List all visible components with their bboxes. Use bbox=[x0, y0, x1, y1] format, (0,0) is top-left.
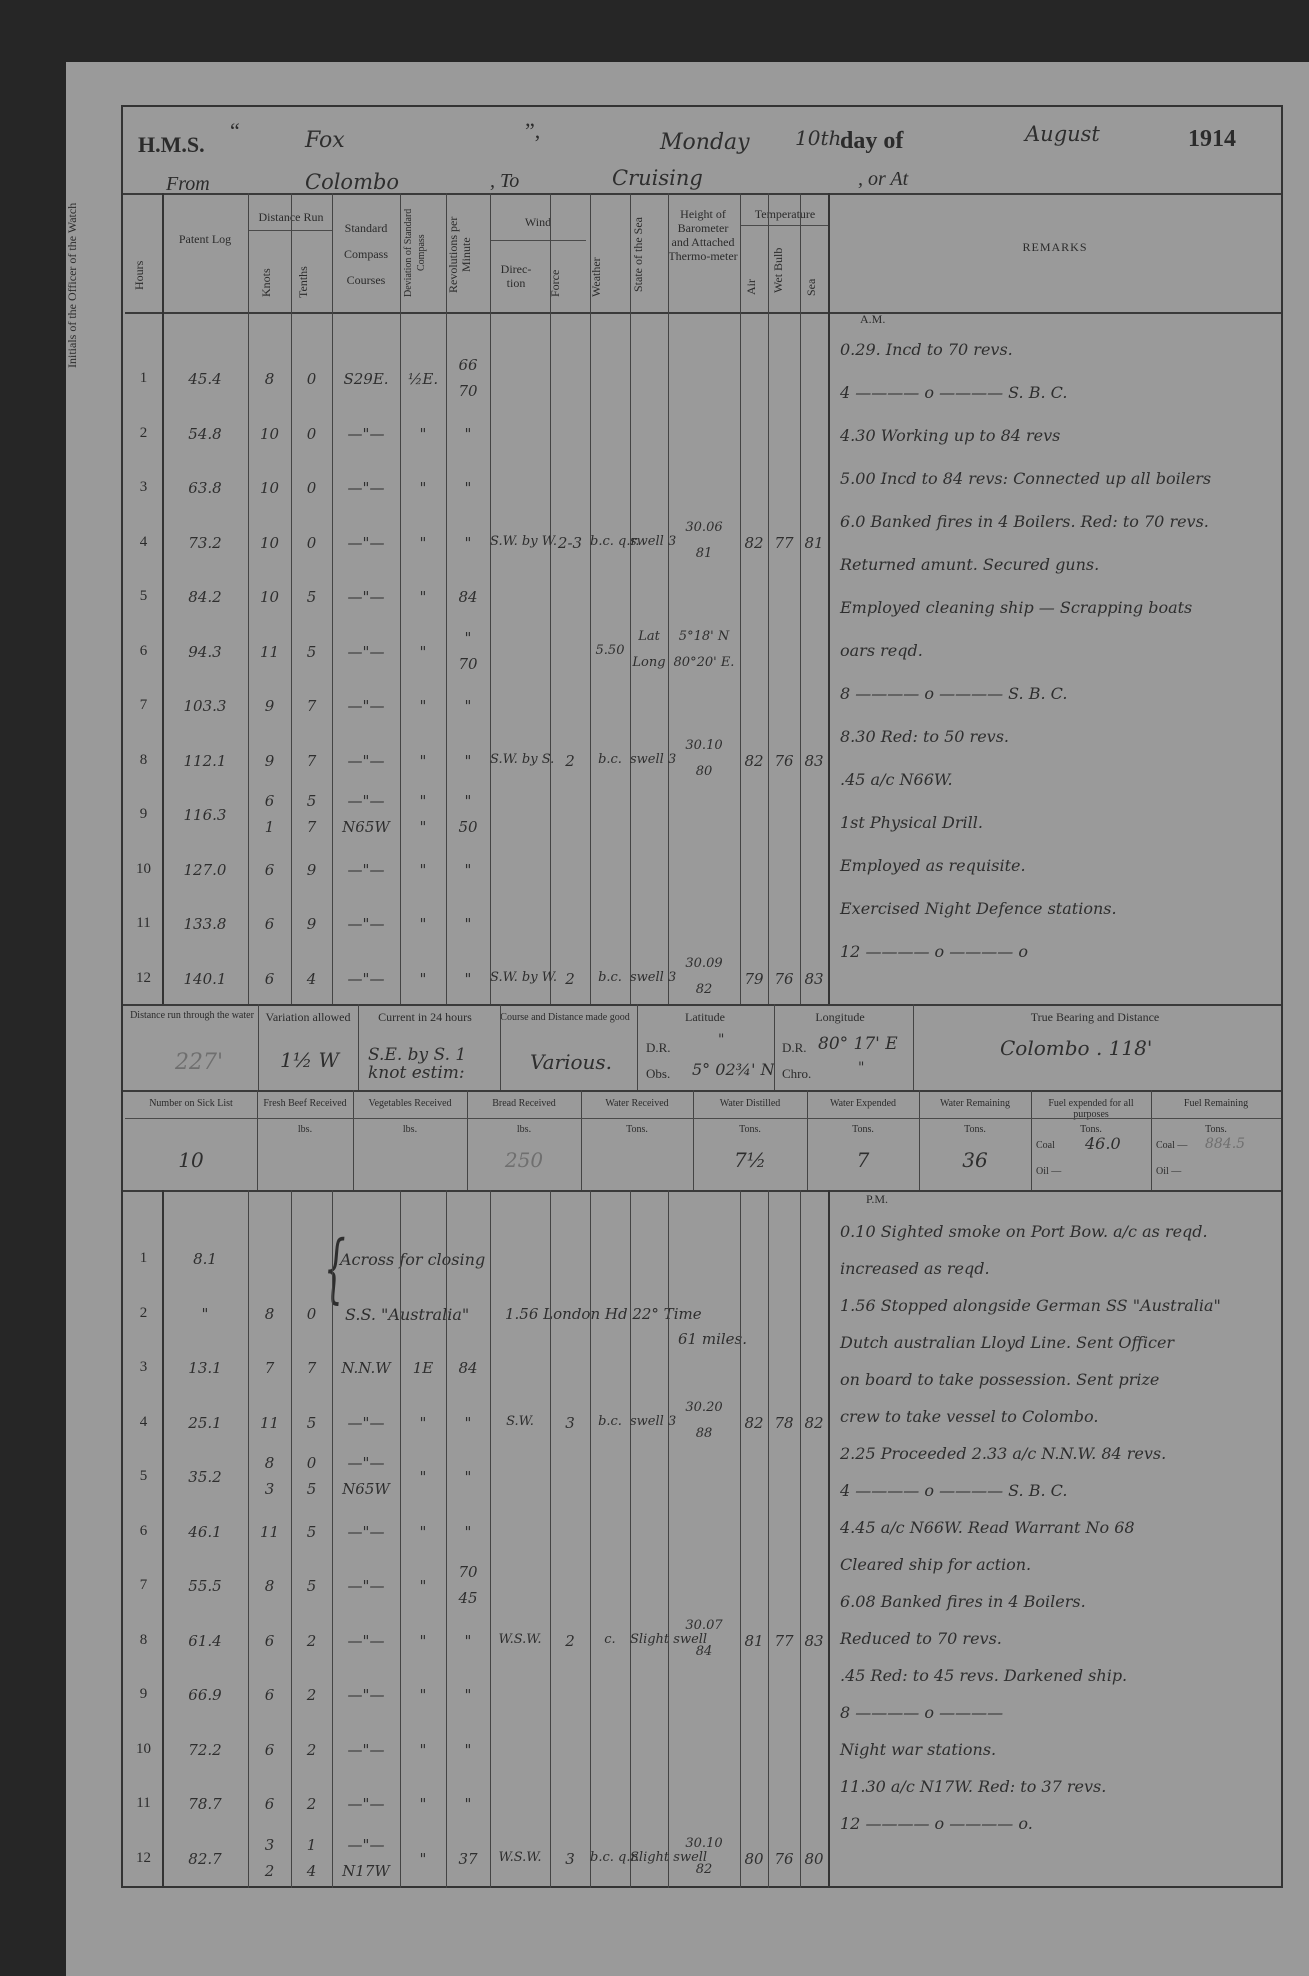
pm-cell-knots: 6 bbox=[248, 1741, 291, 1759]
column-divider bbox=[630, 193, 631, 1004]
am-remark-line: 6.0 Banked fires in 4 Boilers. Red: to 7… bbox=[840, 512, 1209, 531]
longitude-label: Longitude bbox=[775, 1012, 905, 1023]
am-cell-knots: 1 bbox=[248, 818, 291, 836]
summary-divider bbox=[500, 1004, 501, 1090]
am-cell-course: —"— bbox=[332, 792, 400, 810]
am-cell-revs: " bbox=[446, 752, 490, 770]
summary-bottom-rule bbox=[123, 1090, 1281, 1092]
pm-cell-course: —"— bbox=[332, 1523, 400, 1541]
pm-cell-dev: " bbox=[400, 1795, 446, 1813]
pm-remark-line: on board to take possession. Sent prize bbox=[840, 1370, 1159, 1389]
am-cell-tenths: 5 bbox=[291, 588, 332, 606]
pm-remark-line: 12 ———— o ———— o. bbox=[840, 1814, 1033, 1833]
lat-obs-value: 5° 02¾' N bbox=[692, 1060, 775, 1079]
course-made-good-label: Course and Distance made good bbox=[500, 1012, 630, 1023]
header-subrule bbox=[740, 225, 830, 226]
pm-remark-line: Cleared ship for action. bbox=[840, 1555, 1031, 1574]
lat-dr-label: D.R. bbox=[646, 1040, 671, 1056]
pm-cell-knots: 2 bbox=[248, 1862, 291, 1880]
pm-cell-wind_dir: S.W. bbox=[490, 1414, 550, 1429]
am-cell-knots: 10 bbox=[248, 479, 291, 497]
am-cell-dev: " bbox=[400, 792, 446, 810]
long-dr-label: D.R. bbox=[782, 1040, 807, 1056]
pm-remark-line: increased as reqd. bbox=[840, 1259, 990, 1278]
am-cell-course: —"— bbox=[332, 479, 400, 497]
am-cell-tenths: 5 bbox=[291, 792, 332, 810]
am-cell-revs: 50 bbox=[446, 818, 490, 836]
pm-cell-dev: " bbox=[400, 1686, 446, 1704]
pm-cell-air: 81 bbox=[740, 1632, 768, 1650]
fuel-remaining-coal-value: 884.5 bbox=[1205, 1136, 1245, 1152]
pm-cell-course: —"— bbox=[332, 1741, 400, 1759]
pm-cell-hour: 5 bbox=[125, 1468, 162, 1485]
am-cell-course: —"— bbox=[332, 915, 400, 933]
am-cell-knots: 11 bbox=[248, 643, 291, 661]
bracket-note-4: 61 miles. bbox=[678, 1330, 747, 1348]
pm-remark-line: 4 ———— o ———— S. B. C. bbox=[840, 1481, 1067, 1500]
pm-cell-knots: 8 bbox=[248, 1454, 291, 1472]
column-divider bbox=[768, 1190, 769, 1888]
pm-cell-dev: " bbox=[400, 1577, 446, 1595]
am-remark-line: 4 ———— o ———— S. B. C. bbox=[840, 383, 1067, 402]
am-cell-baro: 30.10 bbox=[668, 738, 740, 753]
true-bearing-label: True Bearing and Distance bbox=[915, 1012, 1275, 1023]
latitude-label: Latitude bbox=[640, 1012, 770, 1023]
column-divider bbox=[590, 1190, 591, 1888]
long-dr-value: 80° 17' E bbox=[818, 1034, 898, 1054]
water-distilled-unit: Tons. bbox=[693, 1124, 807, 1135]
am-remark-line: Returned amunt. Secured guns. bbox=[840, 555, 1099, 574]
col-standard-compass: Standard Compass Courses bbox=[334, 215, 398, 293]
pm-cell-wind_dir: W.S.W. bbox=[490, 1850, 550, 1865]
pm-cell-wet: 76 bbox=[768, 1850, 800, 1868]
am-cell-sea_t: 83 bbox=[800, 970, 828, 988]
am-bottom-rule bbox=[123, 1004, 1281, 1006]
open-quote: “ bbox=[230, 118, 240, 144]
column-divider bbox=[630, 1190, 631, 1888]
pm-cell-hour: 3 bbox=[125, 1359, 162, 1376]
am-cell-revs: " bbox=[446, 629, 490, 647]
fuel-expended-coal-value: 46.0 bbox=[1085, 1134, 1121, 1153]
am-cell-wind_dir: S.W. by W. bbox=[490, 970, 550, 985]
am-remark-line: Exercised Night Defence stations. bbox=[840, 899, 1117, 918]
pm-cell-wind_dir: W.S.W. bbox=[490, 1632, 550, 1647]
am-cell-tenths: 0 bbox=[291, 534, 332, 552]
am-cell-course: —"— bbox=[332, 861, 400, 879]
pm-cell-dev: " bbox=[400, 1468, 446, 1486]
am-cell-dev: " bbox=[400, 818, 446, 836]
am-cell-log: 140.1 bbox=[162, 970, 248, 988]
vegetables-label: Vegetables Received bbox=[353, 1098, 467, 1109]
col-knots: Knots bbox=[260, 260, 273, 305]
am-cell-course: —"— bbox=[332, 588, 400, 606]
am-cell-log: 63.8 bbox=[162, 479, 248, 497]
pm-cell-weather: b.c. bbox=[590, 1414, 630, 1429]
pm-cell-revs: 45 bbox=[446, 1589, 490, 1607]
pm-cell-tenths: 1 bbox=[291, 1836, 332, 1854]
am-cell-air: 82 bbox=[740, 752, 768, 770]
column-divider bbox=[828, 193, 830, 1004]
column-divider bbox=[740, 1190, 741, 1888]
water-received-label: Water Received bbox=[581, 1098, 693, 1109]
am-cell-dev: " bbox=[400, 752, 446, 770]
column-divider bbox=[668, 193, 669, 1004]
col-temperature: Temperature bbox=[740, 207, 830, 221]
course-made-good-value: Various. bbox=[530, 1050, 612, 1074]
water-expended-unit: Tons. bbox=[807, 1124, 919, 1135]
am-cell-knots: 6 bbox=[248, 970, 291, 988]
header-rule bbox=[123, 193, 1281, 195]
am-cell-hour: 1 bbox=[125, 370, 162, 387]
pm-remark-line: 0.10 Sighted smoke on Port Bow. a/c as r… bbox=[840, 1222, 1208, 1241]
stores-bottom-rule bbox=[123, 1190, 1281, 1192]
am-cell-log: 94.3 bbox=[162, 643, 248, 661]
column-divider bbox=[550, 1190, 551, 1888]
am-cell-baro: 5°18' N bbox=[668, 629, 740, 644]
am-cell-log: 133.8 bbox=[162, 915, 248, 933]
bread-unit: lbs. bbox=[467, 1124, 581, 1135]
pm-remark-line: .45 Red: to 45 revs. Darkened ship. bbox=[840, 1666, 1127, 1685]
pm-cell-hour: 11 bbox=[125, 1795, 162, 1812]
pm-cell-revs: " bbox=[446, 1523, 490, 1541]
pm-cell-revs: 70 bbox=[446, 1563, 490, 1581]
hms-label: H.M.S. bbox=[138, 132, 205, 158]
pm-remark-line: 1.56 Stopped alongside German SS "Austra… bbox=[840, 1296, 1221, 1315]
bracket-note-2: S.S. "Australia" bbox=[345, 1305, 469, 1324]
pm-cell-log: " bbox=[162, 1305, 248, 1323]
am-cell-force: 2 bbox=[550, 970, 590, 988]
am-cell-sea: swell 3 bbox=[630, 534, 668, 549]
variation-label: Variation allowed bbox=[258, 1012, 358, 1023]
pm-cell-hour: 2 bbox=[125, 1305, 162, 1322]
am-cell-knots: 8 bbox=[248, 370, 291, 388]
bracket-note-1: Across for closing bbox=[340, 1250, 485, 1269]
pm-cell-wet: 77 bbox=[768, 1632, 800, 1650]
pm-cell-dev: " bbox=[400, 1632, 446, 1650]
am-remark-line: 8.30 Red: to 50 revs. bbox=[840, 727, 1009, 746]
column-divider bbox=[768, 193, 769, 1004]
pm-cell-wet: 78 bbox=[768, 1414, 800, 1432]
long-chro-value: " bbox=[858, 1060, 864, 1076]
am-cell-hour: 12 bbox=[125, 970, 162, 987]
pm-cell-sea: Slight swell bbox=[630, 1850, 668, 1865]
am-cell-knots: 10 bbox=[248, 588, 291, 606]
fuel-expended-label: Fuel expended for all purposes bbox=[1031, 1098, 1151, 1120]
am-cell-hour: 6 bbox=[125, 643, 162, 660]
pm-cell-tenths: 4 bbox=[291, 1862, 332, 1880]
am-remark-line: oars reqd. bbox=[840, 641, 923, 660]
am-cell-wind_dir: S.W. by W. bbox=[490, 534, 550, 549]
sick-list-label: Number on Sick List bbox=[125, 1098, 257, 1109]
pm-cell-log: 35.2 bbox=[162, 1468, 248, 1486]
true-bearing-value: Colombo . 118' bbox=[1000, 1036, 1152, 1060]
pm-cell-course: —"— bbox=[332, 1795, 400, 1813]
pm-cell-course: —"— bbox=[332, 1632, 400, 1650]
pm-cell-revs: 37 bbox=[446, 1850, 490, 1868]
am-cell-log: 116.3 bbox=[162, 806, 248, 824]
am-cell-course: —"— bbox=[332, 425, 400, 443]
pm-cell-tenths: 2 bbox=[291, 1741, 332, 1759]
pm-cell-baro: 30.10 bbox=[668, 1836, 740, 1851]
pm-cell-hour: 8 bbox=[125, 1632, 162, 1649]
am-remark-line: Employed cleaning ship — Scrapping boats bbox=[840, 598, 1192, 617]
pm-cell-revs: " bbox=[446, 1414, 490, 1432]
pm-cell-baro: 30.20 bbox=[668, 1400, 740, 1415]
am-cell-sea_t: 83 bbox=[800, 752, 828, 770]
am-cell-sea: swell 3 bbox=[630, 752, 668, 767]
am-cell-dev: ½E. bbox=[400, 370, 446, 388]
close-quote: ”, bbox=[525, 118, 540, 144]
am-cell-hour: 2 bbox=[125, 425, 162, 442]
stores-subrule bbox=[125, 1118, 1281, 1119]
am-cell-revs: " bbox=[446, 425, 490, 443]
am-cell-force: 2 bbox=[550, 752, 590, 770]
am-cell-hour: 7 bbox=[125, 697, 162, 714]
summary-divider bbox=[774, 1004, 775, 1090]
pm-cell-knots: 6 bbox=[248, 1795, 291, 1813]
am-cell-tenths: 9 bbox=[291, 861, 332, 879]
am-cell-knots: 10 bbox=[248, 534, 291, 552]
am-cell-sea_t: 81 bbox=[800, 534, 828, 552]
am-cell-weather: b.c. q.r. bbox=[590, 534, 630, 549]
col-barometer: Height of Barometer and Attached Thermo-… bbox=[668, 207, 738, 263]
am-cell-hour: 8 bbox=[125, 752, 162, 769]
column-divider bbox=[490, 193, 491, 1004]
pm-cell-baro: 82 bbox=[668, 1862, 740, 1877]
am-cell-course: —"— bbox=[332, 697, 400, 715]
fuel-remaining-unit: Tons. bbox=[1151, 1124, 1281, 1135]
vegetables-unit: lbs. bbox=[353, 1124, 467, 1135]
am-cell-hour: 11 bbox=[125, 915, 162, 932]
pm-cell-tenths: 0 bbox=[291, 1305, 332, 1323]
year: 1914 bbox=[1188, 126, 1236, 153]
long-chro-label: Chro. bbox=[782, 1066, 811, 1082]
bracket-icon: { bbox=[324, 1226, 346, 1314]
pm-cell-log: 55.5 bbox=[162, 1577, 248, 1595]
pm-cell-knots: 6 bbox=[248, 1686, 291, 1704]
month: August bbox=[1025, 122, 1100, 146]
am-cell-course: —"— bbox=[332, 752, 400, 770]
pm-cell-knots: 11 bbox=[248, 1523, 291, 1541]
am-cell-sea: Long bbox=[630, 655, 668, 670]
pm-cell-hour: 1 bbox=[125, 1250, 162, 1267]
pm-cell-hour: 10 bbox=[125, 1741, 162, 1758]
bread-label: Bread Received bbox=[467, 1098, 581, 1109]
column-divider bbox=[550, 193, 551, 1004]
col-air: Air bbox=[745, 272, 758, 302]
am-cell-hour: 3 bbox=[125, 479, 162, 496]
am-remark-line: 12 ———— o ———— o bbox=[840, 942, 1028, 961]
am-cell-dev: " bbox=[400, 588, 446, 606]
pm-remark-line: 11.30 a/c N17W. Red: to 37 revs. bbox=[840, 1777, 1106, 1796]
col-weather: Weather bbox=[590, 250, 603, 305]
pm-cell-knots: 3 bbox=[248, 1480, 291, 1498]
am-cell-baro: 82 bbox=[668, 982, 740, 997]
fuel-remaining-coal-label: Coal — bbox=[1156, 1140, 1187, 1151]
water-distilled-value: 7½ bbox=[693, 1148, 807, 1172]
am-cell-revs: 70 bbox=[446, 382, 490, 400]
sick-list-value: 10 bbox=[125, 1148, 257, 1172]
col-deviation: Deviation of Standard Compass bbox=[402, 203, 428, 303]
am-label: A.M. bbox=[860, 312, 885, 327]
pm-cell-sea: swell 3 bbox=[630, 1414, 668, 1429]
pm-cell-log: 8.1 bbox=[162, 1250, 248, 1268]
pm-cell-weather: b.c. q.r. bbox=[590, 1850, 630, 1865]
side-label-officer-initials: Initials of the Officer of the Watch bbox=[66, 170, 94, 400]
weekday: Monday bbox=[660, 130, 750, 155]
pm-cell-log: 46.1 bbox=[162, 1523, 248, 1541]
pm-cell-revs: " bbox=[446, 1741, 490, 1759]
pm-cell-sea_t: 82 bbox=[800, 1414, 828, 1432]
column-divider bbox=[800, 1190, 801, 1888]
pm-cell-tenths: 0 bbox=[291, 1454, 332, 1472]
am-cell-baro: 30.09 bbox=[668, 956, 740, 971]
col-wind: Wind bbox=[490, 215, 586, 229]
pm-cell-course: —"— bbox=[332, 1414, 400, 1432]
pm-remark-line: 6.08 Banked fires in 4 Boilers. bbox=[840, 1592, 1086, 1611]
header-subrule bbox=[490, 240, 586, 241]
to-value: Cruising bbox=[612, 166, 703, 190]
fresh-beef-label: Fresh Beef Received bbox=[257, 1098, 353, 1109]
am-cell-hour: 10 bbox=[125, 861, 162, 878]
am-cell-tenths: 0 bbox=[291, 479, 332, 497]
distance-run-label: Distance run through the water bbox=[127, 1010, 257, 1021]
am-cell-revs: " bbox=[446, 861, 490, 879]
pm-cell-dev: " bbox=[400, 1850, 446, 1868]
from-value: Colombo bbox=[305, 170, 399, 194]
pm-cell-hour: 7 bbox=[125, 1577, 162, 1594]
am-cell-tenths: 0 bbox=[291, 425, 332, 443]
am-cell-revs: " bbox=[446, 534, 490, 552]
am-cell-dev: " bbox=[400, 479, 446, 497]
col-wind-direction: Direc-tion bbox=[492, 262, 540, 290]
am-cell-tenths: 7 bbox=[291, 818, 332, 836]
col-patent-log: Patent Log bbox=[170, 232, 240, 246]
column-divider bbox=[590, 193, 591, 1004]
am-cell-revs: " bbox=[446, 792, 490, 810]
pm-cell-course: N.N.W bbox=[332, 1359, 400, 1377]
summary-divider bbox=[637, 1004, 638, 1090]
pm-cell-sea_t: 80 bbox=[800, 1850, 828, 1868]
am-cell-weather: 5.50 bbox=[590, 643, 630, 658]
am-cell-knots: 6 bbox=[248, 915, 291, 933]
am-cell-course: —"— bbox=[332, 534, 400, 552]
pm-cell-weather: c. bbox=[590, 1632, 630, 1647]
am-cell-tenths: 7 bbox=[291, 752, 332, 770]
am-cell-weather: b.c. bbox=[590, 752, 630, 767]
am-cell-hour: 4 bbox=[125, 534, 162, 551]
am-cell-knots: 10 bbox=[248, 425, 291, 443]
pm-cell-log: 25.1 bbox=[162, 1414, 248, 1432]
am-cell-revs: " bbox=[446, 915, 490, 933]
fresh-beef-unit: lbs. bbox=[257, 1124, 353, 1135]
pm-cell-log: 82.7 bbox=[162, 1850, 248, 1868]
am-cell-revs: 70 bbox=[446, 655, 490, 673]
pm-label: P.M. bbox=[866, 1192, 888, 1207]
to-label: , To bbox=[490, 170, 519, 193]
am-cell-sea: Lat bbox=[630, 629, 668, 644]
variation-value: 1½ W bbox=[280, 1048, 339, 1072]
am-cell-revs: " bbox=[446, 970, 490, 988]
water-remaining-label: Water Remaining bbox=[919, 1098, 1031, 1109]
am-cell-log: 103.3 bbox=[162, 697, 248, 715]
pm-cell-force: 3 bbox=[550, 1850, 590, 1868]
am-remark-line: .45 a/c N66W. bbox=[840, 770, 953, 789]
am-cell-revs: " bbox=[446, 697, 490, 715]
am-cell-wet: 76 bbox=[768, 970, 800, 988]
column-header-bottom-rule bbox=[125, 312, 1281, 314]
column-divider bbox=[490, 1190, 491, 1888]
pm-remark-line: 2.25 Proceeded 2.33 a/c N.N.W. 84 revs. bbox=[840, 1444, 1166, 1463]
pm-cell-log: 13.1 bbox=[162, 1359, 248, 1377]
am-cell-baro: 80 bbox=[668, 764, 740, 779]
am-cell-weather: b.c. bbox=[590, 970, 630, 985]
water-remaining-value: 36 bbox=[919, 1148, 1031, 1172]
pm-cell-knots: 7 bbox=[248, 1359, 291, 1377]
pm-cell-air: 82 bbox=[740, 1414, 768, 1432]
am-cell-dev: " bbox=[400, 643, 446, 661]
pm-cell-air: 80 bbox=[740, 1850, 768, 1868]
am-cell-sea: swell 3 bbox=[630, 970, 668, 985]
fuel-expended-coal-label: Coal bbox=[1036, 1140, 1055, 1151]
pm-cell-baro: 84 bbox=[668, 1644, 740, 1659]
pm-remark-line: 4.45 a/c N66W. Read Warrant No 68 bbox=[840, 1518, 1135, 1537]
pm-cell-knots: 11 bbox=[248, 1414, 291, 1432]
pm-cell-tenths: 5 bbox=[291, 1523, 332, 1541]
am-cell-tenths: 9 bbox=[291, 915, 332, 933]
pm-cell-knots: 8 bbox=[248, 1577, 291, 1595]
am-cell-dev: " bbox=[400, 861, 446, 879]
pm-cell-tenths: 7 bbox=[291, 1359, 332, 1377]
col-revolutions: Revolutions per Minute bbox=[447, 205, 473, 305]
am-cell-dev: " bbox=[400, 534, 446, 552]
am-remark-line: Employed as requisite. bbox=[840, 856, 1026, 875]
pm-cell-tenths: 5 bbox=[291, 1414, 332, 1432]
pm-cell-tenths: 2 bbox=[291, 1686, 332, 1704]
col-wet-bulb: Wet Bulb bbox=[772, 238, 785, 303]
pm-remark-line: crew to take vessel to Colombo. bbox=[840, 1407, 1098, 1426]
am-remark-line: 4.30 Working up to 84 revs bbox=[840, 426, 1060, 445]
am-cell-knots: 6 bbox=[248, 861, 291, 879]
pm-cell-log: 66.9 bbox=[162, 1686, 248, 1704]
pm-cell-tenths: 2 bbox=[291, 1795, 332, 1813]
pm-remark-line: 8 ———— o ———— bbox=[840, 1703, 1003, 1722]
pm-remark-line: Night war stations. bbox=[840, 1740, 996, 1759]
pm-cell-dev: " bbox=[400, 1741, 446, 1759]
am-cell-tenths: 4 bbox=[291, 970, 332, 988]
am-cell-baro: 80°20' E. bbox=[668, 655, 740, 670]
pm-cell-revs: " bbox=[446, 1468, 490, 1486]
am-cell-course: N65W bbox=[332, 818, 400, 836]
pm-cell-hour: 12 bbox=[125, 1850, 162, 1867]
pm-cell-knots: 3 bbox=[248, 1836, 291, 1854]
am-cell-wind_dir: S.W. by S. bbox=[490, 752, 550, 767]
am-cell-log: 45.4 bbox=[162, 370, 248, 388]
am-cell-knots: 9 bbox=[248, 752, 291, 770]
col-remarks: REMARKS bbox=[830, 240, 1280, 254]
lat-obs-label: Obs. bbox=[646, 1066, 670, 1082]
am-cell-knots: 6 bbox=[248, 792, 291, 810]
fuel-expended-oil-label: Oil — bbox=[1036, 1166, 1061, 1177]
or-at-label: , or At bbox=[858, 168, 908, 191]
am-cell-log: 84.2 bbox=[162, 588, 248, 606]
am-cell-baro: 81 bbox=[668, 546, 740, 561]
fuel-remaining-oil-label: Oil — bbox=[1156, 1166, 1181, 1177]
pm-cell-log: 78.7 bbox=[162, 1795, 248, 1813]
am-remark-line: 8 ———— o ———— S. B. C. bbox=[840, 684, 1067, 703]
day-of-label: day of bbox=[840, 128, 903, 155]
am-cell-hour: 9 bbox=[125, 806, 162, 823]
